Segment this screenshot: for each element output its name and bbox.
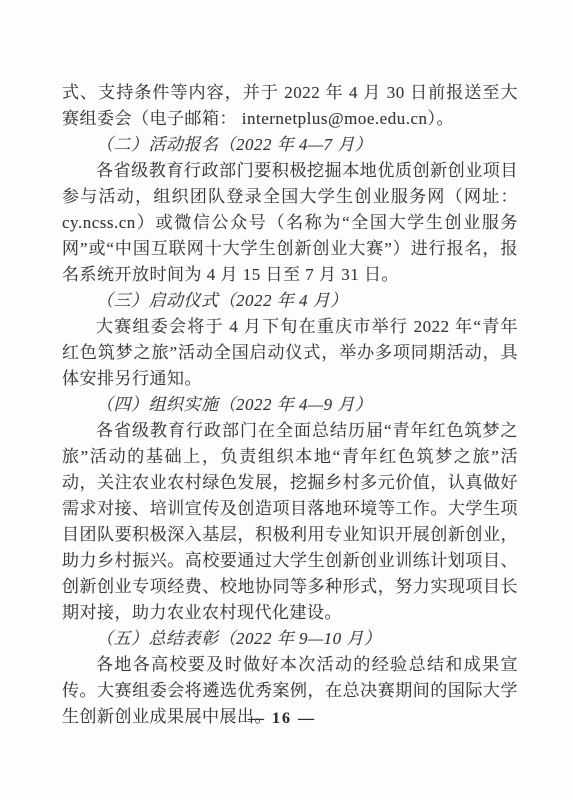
section-heading-2: （二）活动报名（2022 年 4—7 月）: [62, 132, 518, 158]
page-number: — 16 —: [62, 710, 502, 728]
section-heading-5: （五）总结表彰（2022 年 9—10 月）: [62, 626, 518, 652]
document-body-text: 式、支持条件等内容，并于 2022 年 4 月 30 日前报送至大赛组委会（电子…: [62, 80, 518, 730]
section-heading-3: （三）启动仪式（2022 年 4 月）: [62, 288, 518, 314]
document-page: 式、支持条件等内容，并于 2022 年 4 月 30 日前报送至大赛组委会（电子…: [0, 0, 573, 800]
paragraph: 大赛组委会将于 4 月下旬在重庆市举行 2022 年“青年红色筑梦之旅”活动全国…: [62, 314, 518, 392]
section-heading-4: （四）组织实施（2022 年 4—9 月）: [62, 392, 518, 418]
paragraph-continuation: 式、支持条件等内容，并于 2022 年 4 月 30 日前报送至大赛组委会（电子…: [62, 80, 518, 132]
paragraph: 各省级教育行政部门要积极挖掘本地优质创新创业项目参与活动，组织团队登录全国大学生…: [62, 158, 518, 288]
paragraph: 各省级教育行政部门在全面总结历届“青年红色筑梦之旅”活动的基础上，负责组织本地“…: [62, 418, 518, 626]
